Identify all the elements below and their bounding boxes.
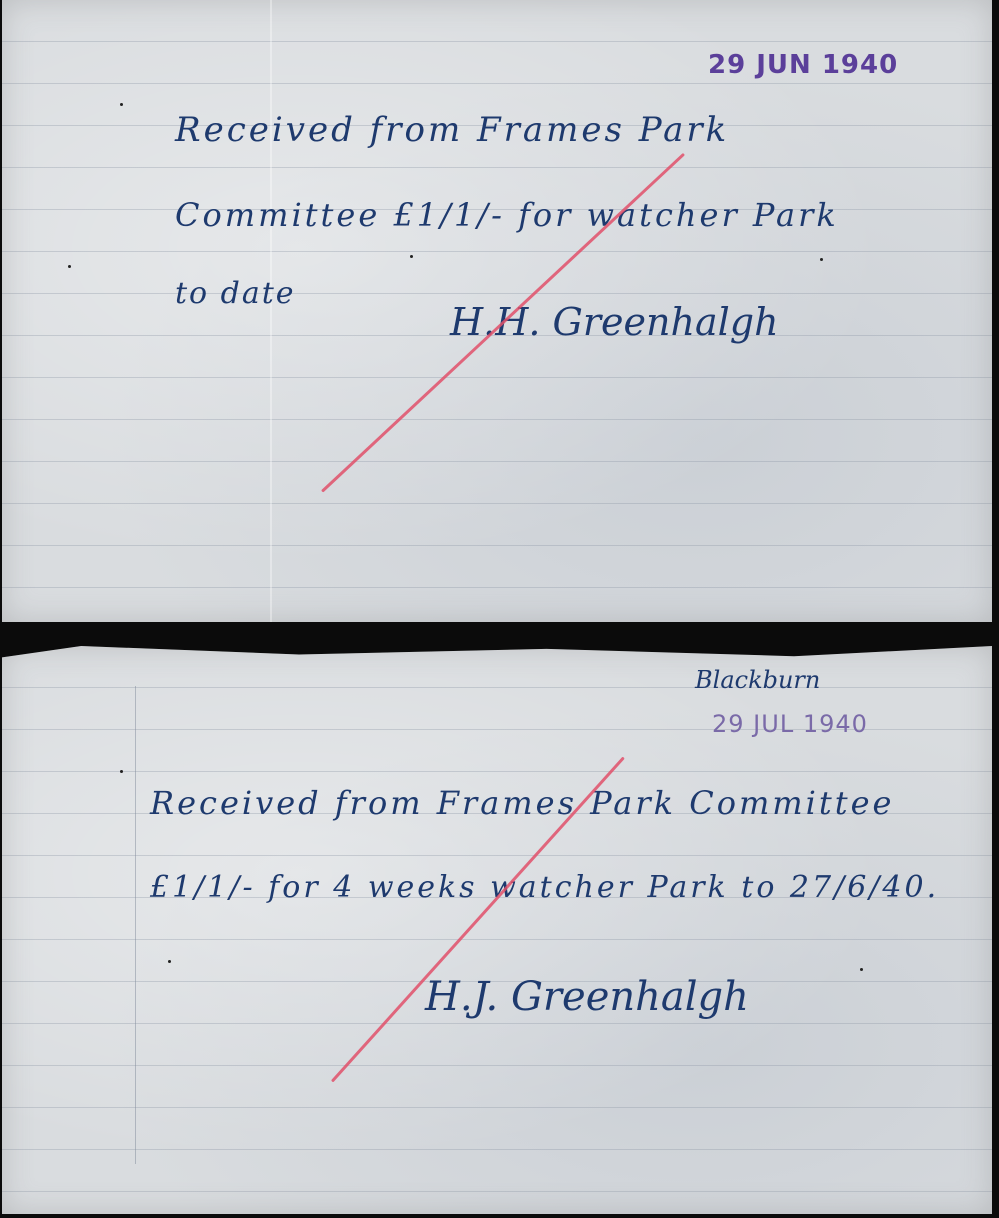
- receipt-1-line-3: to date: [175, 276, 296, 311]
- paper-speck: [410, 255, 413, 258]
- place-name: Blackburn: [695, 666, 820, 694]
- paper-speck: [168, 960, 171, 963]
- paper-fold: [270, 0, 272, 622]
- receipt-2-line-2: £1/1/- for 4 weeks watcher Park to 27/6/…: [150, 870, 939, 905]
- paper-speck: [120, 770, 123, 773]
- date-stamp-1: 29 JUN 1940: [708, 50, 898, 80]
- paper-speck: [860, 968, 863, 971]
- signature-1: H.H. Greenhalgh: [450, 300, 779, 344]
- paper-speck: [120, 103, 123, 106]
- signature-2: H.J. Greenhalgh: [425, 974, 749, 1020]
- receipt-1-line-2: Committee £1/1/- for watcher Park: [175, 196, 839, 234]
- receipt-2-line-1: Received from Frames Park Committee: [150, 784, 894, 822]
- date-stamp-2: 29 JUL 1940: [712, 710, 868, 738]
- receipt-1-line-1: Received from Frames Park: [175, 110, 729, 150]
- margin-line: [135, 686, 136, 1164]
- paper-speck: [68, 265, 71, 268]
- paper-speck: [820, 258, 823, 261]
